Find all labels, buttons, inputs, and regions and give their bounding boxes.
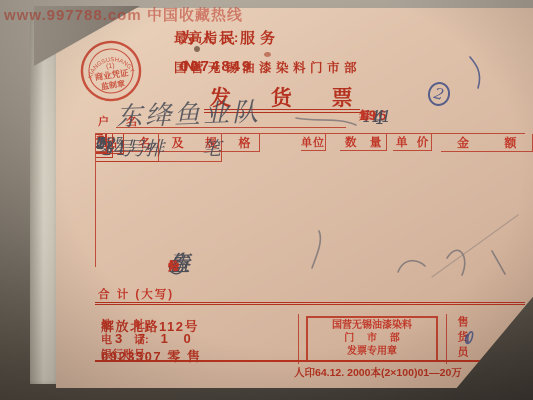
column-header-amount: 金 额 — [441, 134, 533, 152]
total-label: 合 计 (大写) — [98, 286, 174, 302]
print-run-note: 人印64.12. 2000本(2×100)01—20万 — [294, 365, 462, 380]
total-unit-fen: 分 — [168, 258, 180, 276]
bank-value: 0923307 零 售 — [101, 346, 201, 365]
photo-background: KIANGSUSHANGYE (1) 商业凭证 监制章 最高指示: 为人民服务 … — [0, 0, 533, 400]
column-header-quantity: 数 量 — [340, 134, 387, 151]
amount-grid-extension — [440, 267, 525, 302]
total-double-underline — [95, 302, 525, 305]
receipt-paper: KIANGSUSHANGYE (1) 商业凭证 监制章 最高指示: 为人民服务 … — [56, 8, 533, 388]
table-row-product — [96, 134, 103, 135]
watermark: www.997788.com 中国收藏热线 — [4, 4, 243, 25]
footer-divider — [446, 314, 447, 364]
receipt-stub-edge — [30, 12, 60, 384]
invoice-seal-box: 国营无锡油漆染料 门 市 部 发票专用章 — [306, 316, 438, 362]
column-header-price: 单 价 — [393, 134, 432, 151]
phone-value: 3 7 1 0 — [115, 331, 197, 346]
stain-dot — [264, 52, 271, 57]
column-header-unit: 单位 — [301, 134, 326, 151]
customer-name-handwritten: 东绛鱼业队 — [115, 91, 261, 133]
amount-digit-cell — [96, 134, 97, 135]
seal-line1: 国营无锡油漆染料 — [332, 320, 412, 332]
seal-line3: 发票专用章 — [347, 346, 397, 358]
serial-number: 0074849 — [180, 58, 252, 75]
footer-divider — [298, 314, 299, 364]
items-table: 品 名 及 规 格 单位 数 量 单 价 金 额 千 百 十 元 角 分 14号… — [95, 133, 525, 267]
footer-bottom-rule — [95, 360, 507, 362]
slogan-text: 为人民服务 — [180, 27, 280, 48]
amount-digit-cell: 7 — [96, 134, 107, 153]
blue-circled-note: 2 — [425, 80, 452, 109]
date-day-label: 日 — [365, 107, 376, 123]
seal-line2: 门 市 部 — [339, 333, 405, 345]
